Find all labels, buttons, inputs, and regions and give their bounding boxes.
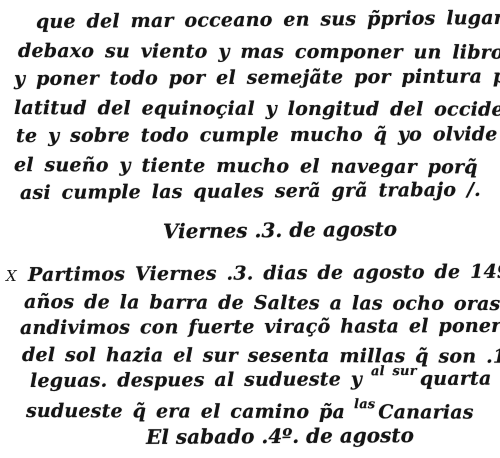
line-segment: quarta del (420, 367, 500, 390)
interlinear-insertion: al sur (371, 359, 417, 386)
line-segment: leguas. despues al sudueste y (30, 368, 362, 392)
marginal-mark: X (6, 267, 17, 285)
handwritten-line-with-insertion: leguas. despues al sudueste yal surquart… (30, 366, 492, 398)
entry-paragraph: X Partimos Viernes .3. dias de agosto de… (28, 262, 492, 427)
entry-heading-friday-aug-3: Viernes .3. de agosto (60, 216, 500, 245)
interlinear-insertion: las (354, 392, 375, 419)
handwritten-line: que del mar occeano en sus p̃prios lugar… (36, 4, 492, 36)
line-segment: Canarias (378, 401, 473, 423)
entry-heading-saturday-aug-4: El sabado .4º. de agosto (60, 422, 500, 449)
handwritten-line: y poner todo por el semejãte por pintura… (14, 62, 492, 93)
manuscript-page: que del mar occeano en sus p̃prios lugar… (0, 0, 500, 458)
handwritten-line: Partimos Viernes .3. dias de agosto de 1… (28, 259, 492, 289)
handwritten-line: latitud del equinoçial y longitud del oc… (14, 94, 492, 124)
handwritten-line: andivimos con fuerte viraçõ hasta el pon… (20, 313, 492, 342)
prologue-paragraph: que del mar occeano en sus p̃prios lugar… (14, 8, 492, 208)
handwritten-line: asi cumple las quales serã grã trabajo /… (20, 176, 492, 208)
line-segment: sudueste q̃ era el camino p̃a (26, 400, 345, 423)
handwritten-line: te y sobre todo cumple mucho q̃ yo olvid… (16, 120, 492, 150)
